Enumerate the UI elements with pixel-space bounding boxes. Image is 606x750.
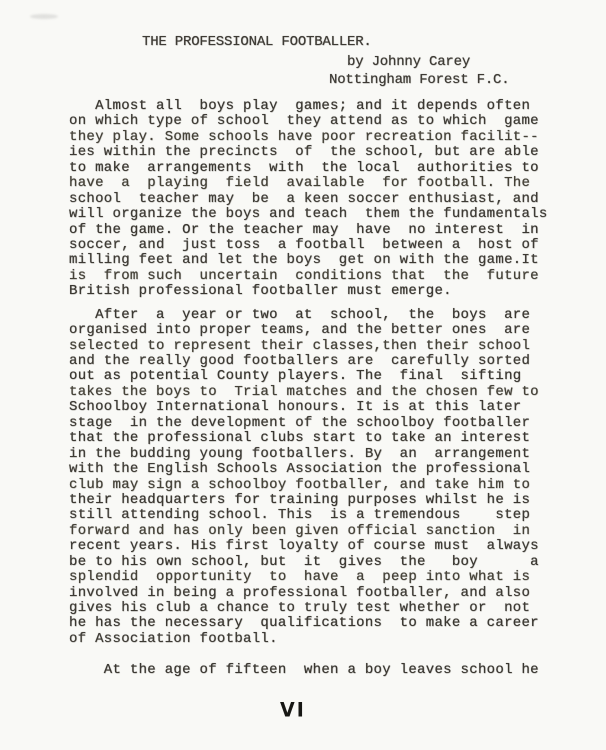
page-number: VI — [280, 698, 306, 721]
text-line: recent years. His first loyalty of cours… — [69, 539, 548, 554]
text-line: selected to represent their classes,then… — [69, 339, 548, 354]
text-line: to make arrangements with the local auth… — [69, 161, 548, 176]
text-line: club may sign a schoolboy footballer, an… — [69, 478, 548, 493]
text-line: out as potential County players. The fin… — [69, 369, 548, 384]
text-line: with the English Schools Association the… — [69, 462, 548, 477]
paragraph: At the age of fifteen when a boy leaves … — [69, 663, 548, 678]
text-line: takes the boys to Trial matches and the … — [69, 385, 548, 400]
paragraph: After a year or two at school, the boys … — [69, 308, 548, 648]
paragraph: Almost all boys play games; and it depen… — [69, 99, 548, 300]
document-body: Almost all boys play games; and it depen… — [69, 99, 548, 679]
text-line: have a playing field available for footb… — [69, 176, 548, 191]
text-line: organised into proper teams, and the bet… — [69, 323, 548, 338]
text-line: milling feet and let the boys get on wit… — [69, 253, 548, 268]
text-line: British professional footballer must eme… — [69, 284, 548, 299]
text-line: still attending school. This is a tremen… — [69, 508, 548, 523]
text-line: ies within the precincts of the school, … — [69, 145, 548, 160]
text-line: involved in being a professional footbal… — [69, 586, 548, 601]
text-line: on which type of school they attend as t… — [69, 114, 548, 129]
text-line: splendid opportunity to have a peep into… — [69, 570, 548, 585]
text-line: After a year or two at school, the boys … — [69, 308, 548, 323]
typewritten-document-page: THE PROFESSIONAL FOOTBALLER. by Johnny C… — [0, 0, 606, 750]
text-line: stage in the development of the schoolbo… — [69, 416, 548, 431]
text-line: he has the necessary qualifications to m… — [69, 616, 548, 631]
text-line: that the professional clubs start to tak… — [69, 431, 548, 446]
text-line: in the budding young footballers. By an … — [69, 447, 548, 462]
text-line: will organize the boys and teach them th… — [69, 207, 548, 222]
author-byline: by Johnny Carey — [347, 54, 470, 70]
text-line: forward and has only been given official… — [69, 524, 548, 539]
text-line: of Association football. — [69, 632, 548, 647]
author-club: Nottingham Forest F.C. — [329, 72, 509, 88]
text-line: they play. Some schools have poor recrea… — [69, 130, 548, 145]
page-title: THE PROFESSIONAL FOOTBALLER. — [142, 34, 372, 50]
text-line: of the game. Or the teacher may have no … — [69, 223, 548, 238]
pencil-smudge-mark — [30, 14, 58, 19]
text-line: Schoolboy International honours. It is a… — [69, 400, 548, 415]
text-line: is from such uncertain conditions that t… — [69, 269, 548, 284]
text-line: be to his own school, but it gives the b… — [69, 555, 548, 570]
text-line: school teacher may be a keen soccer enth… — [69, 192, 548, 207]
text-line: At the age of fifteen when a boy leaves … — [69, 663, 548, 678]
